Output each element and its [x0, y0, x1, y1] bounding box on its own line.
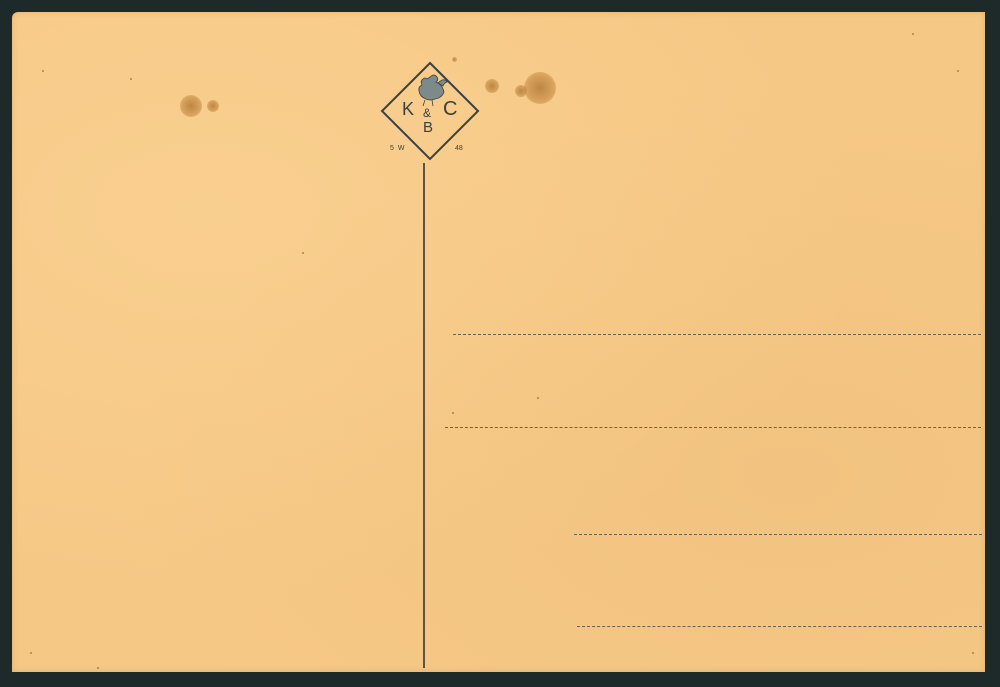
logo-code-left: 5 W [390, 145, 405, 152]
postcard-back: K & C B 5 W 48 [12, 12, 985, 672]
stain-spot [180, 95, 202, 117]
paper-speck [537, 397, 539, 399]
paper-speck [130, 78, 132, 80]
address-line-3 [574, 534, 982, 535]
stain-spot [485, 79, 499, 93]
stain-spot [207, 100, 219, 112]
address-line-2 [445, 427, 981, 428]
paper-speck [957, 70, 959, 72]
logo-letter-c: C [443, 98, 457, 121]
publisher-logo: K & C B 5 W 48 [380, 61, 480, 161]
paper-speck [912, 33, 914, 35]
logo-code-right: 48 [455, 145, 463, 152]
paper-speck [452, 412, 454, 414]
logo-ampersand: & [423, 106, 431, 120]
logo-letter-k: K [402, 99, 414, 120]
paper-speck [972, 652, 974, 654]
paper-speck [302, 252, 304, 254]
paper-speck [30, 652, 32, 654]
address-line-4 [577, 626, 982, 627]
address-line-1 [453, 334, 981, 335]
paper-speck [42, 70, 44, 72]
stain-spot [524, 72, 556, 104]
message-address-divider [423, 163, 425, 668]
paper-speck [97, 667, 99, 669]
logo-letter-b: B [423, 119, 433, 136]
